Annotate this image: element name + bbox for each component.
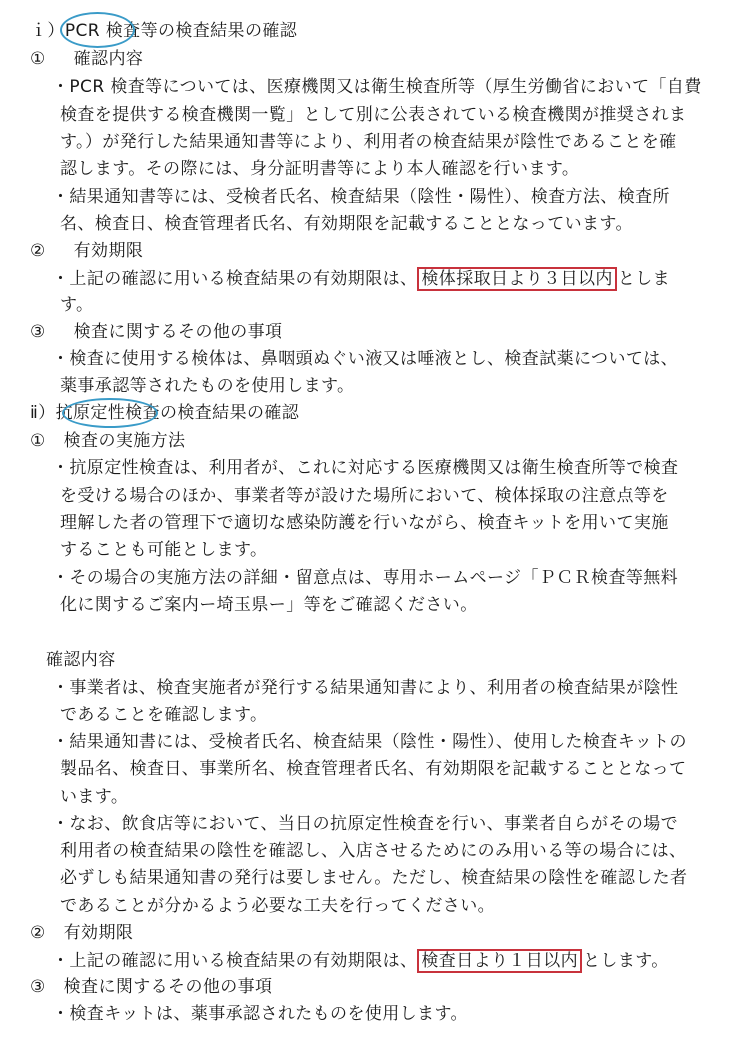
- circled-number-2: ②: [30, 241, 46, 261]
- sub-heading-text: 検査に関するその他の事項: [64, 977, 273, 997]
- highlight-box-3-days: 検体採取日より３日以内: [417, 267, 616, 291]
- section-2-sub3-heading: ③検査に関するその他の事項: [30, 976, 272, 998]
- paragraph-line: す。）が発行した結果通知書等により、利用者の検査結果が陰性であることを確: [60, 131, 677, 153]
- section-1-circled-term: PCR 検査: [65, 21, 141, 41]
- section-2-sub2-heading: ②有効期限: [30, 922, 133, 944]
- paragraph-line: ・結果通知書等には、受検者氏名、検査結果（陰性・陽性）、検査方法、検査所: [52, 186, 670, 208]
- section-2-number: ⅱ）: [30, 403, 56, 423]
- paragraph-line: 製品名、検査日、事業所名、検査管理者氏名、有効期限を記載することとなって: [60, 758, 686, 780]
- circled-number-2: ②: [30, 923, 46, 943]
- paragraph-line: ・結果通知書には、受検者氏名、検査結果（陰性・陽性）、使用した検査キットの: [52, 731, 687, 753]
- highlight-box-1-day: 検査日より１日以内: [417, 949, 582, 973]
- sub-heading-text: 検査に関するその他の事項: [74, 322, 283, 342]
- paragraph-line: ・なお、飲食店等において、当日の抗原定性検査を行い、事業者自らがその場で: [52, 813, 678, 835]
- paragraph-line: ・その場合の実施方法の詳細・留意点は、専用ホームページ「ＰＣＲ検査等無料: [52, 567, 678, 589]
- sub-heading-text: 有効期限: [64, 923, 134, 943]
- validity-text-pre: ・上記の確認に用いる検査結果の有効期限は、: [52, 951, 417, 971]
- paragraph-line: す。: [60, 294, 93, 316]
- paragraph-line: であることを確認します。: [60, 704, 267, 726]
- section-2-sub1-heading: ①検査の実施方法: [30, 430, 185, 452]
- paragraph-line: 薬事承認等されたものを使用します。: [60, 375, 354, 397]
- circled-number-1: ①: [30, 49, 46, 69]
- sub-heading-text: 確認内容: [74, 49, 144, 69]
- sub-heading-text: 有効期限: [74, 241, 144, 261]
- section-1-heading-text: 等の検査結果の確認: [141, 21, 298, 41]
- paragraph-line: います。: [60, 786, 128, 808]
- validity-text-post: としま: [618, 269, 670, 289]
- section-1-number: ｉ）: [30, 21, 65, 41]
- paragraph-line: ・PCR 検査等については、医療機関又は衛生検査所等（厚生労働省において「自費: [52, 76, 702, 98]
- section-1-sub3-heading: ③検査に関するその他の事項: [30, 321, 282, 343]
- paragraph-line: ・検査に使用する検体は、鼻咽頭ぬぐい液又は唾液とし、検査試薬については、: [52, 348, 678, 370]
- paragraph-line: 利用者の検査結果の陰性を確認し、入店させるためにのみ用いる等の場合には、: [60, 840, 686, 862]
- confirm-heading: 確認内容: [46, 649, 116, 671]
- sub-heading-text: 検査の実施方法: [64, 431, 186, 451]
- validity-line: ・上記の確認に用いる検査結果の有効期限は、検査日より１日以内とします。: [52, 949, 669, 973]
- circled-number-3: ③: [30, 977, 46, 997]
- section-2-circled-term: 抗原定性検査: [56, 403, 160, 423]
- paragraph-line: 必ずしも結果通知書の発行は要しません。ただし、検査結果の陰性を確認した者: [60, 867, 687, 889]
- section-2-heading: ⅱ）抗原定性検査の検査結果の確認: [30, 402, 299, 424]
- circled-number-1: ①: [30, 431, 46, 451]
- section-1-sub1-heading: ①確認内容: [30, 48, 143, 70]
- paragraph-line: を受ける場合のほか、事業者等が設けた場所において、検体採取の注意点等を: [60, 485, 669, 507]
- paragraph-line: ・検査キットは、薬事承認されたものを使用します。: [52, 1003, 468, 1025]
- paragraph-line: ・抗原定性検査は、利用者が、これに対応する医療機関又は衛生検査所等で検査: [52, 457, 678, 479]
- paragraph-line: ・事業者は、検査実施者が発行する結果通知書により、利用者の検査結果が陰性: [52, 677, 678, 699]
- validity-text-pre: ・上記の確認に用いる検査結果の有効期限は、: [52, 269, 417, 289]
- validity-text-post: とします。: [583, 951, 669, 971]
- paragraph-line: 検査を提供する検査機関一覧」として別に公表されている検査機関が推奨されま: [60, 104, 686, 126]
- paragraph-line: であることが分かるよう必要な工夫を行ってください。: [60, 895, 495, 917]
- paragraph-line: することも可能とします。: [60, 539, 267, 561]
- circled-number-3: ③: [30, 322, 46, 342]
- validity-line: ・上記の確認に用いる検査結果の有効期限は、検体採取日より３日以内としま: [52, 267, 670, 291]
- section-2-heading-text: の検査結果の確認: [160, 403, 299, 423]
- section-1-sub2-heading: ②有効期限: [30, 240, 143, 262]
- section-1-heading: ｉ）PCR 検査等の検査結果の確認: [30, 20, 297, 42]
- paragraph-line: 認します。その際には、身分証明書等により本人確認を行います。: [60, 158, 579, 180]
- paragraph-line: 理解した者の管理下で適切な感染防護を行いながら、検査キットを用いて実施: [60, 512, 669, 534]
- paragraph-line: 名、検査日、検査管理者氏名、有効期限を記載することとなっています。: [60, 213, 633, 235]
- paragraph-line: 化に関するご案内ー埼玉県ー」等をご確認ください。: [60, 594, 478, 616]
